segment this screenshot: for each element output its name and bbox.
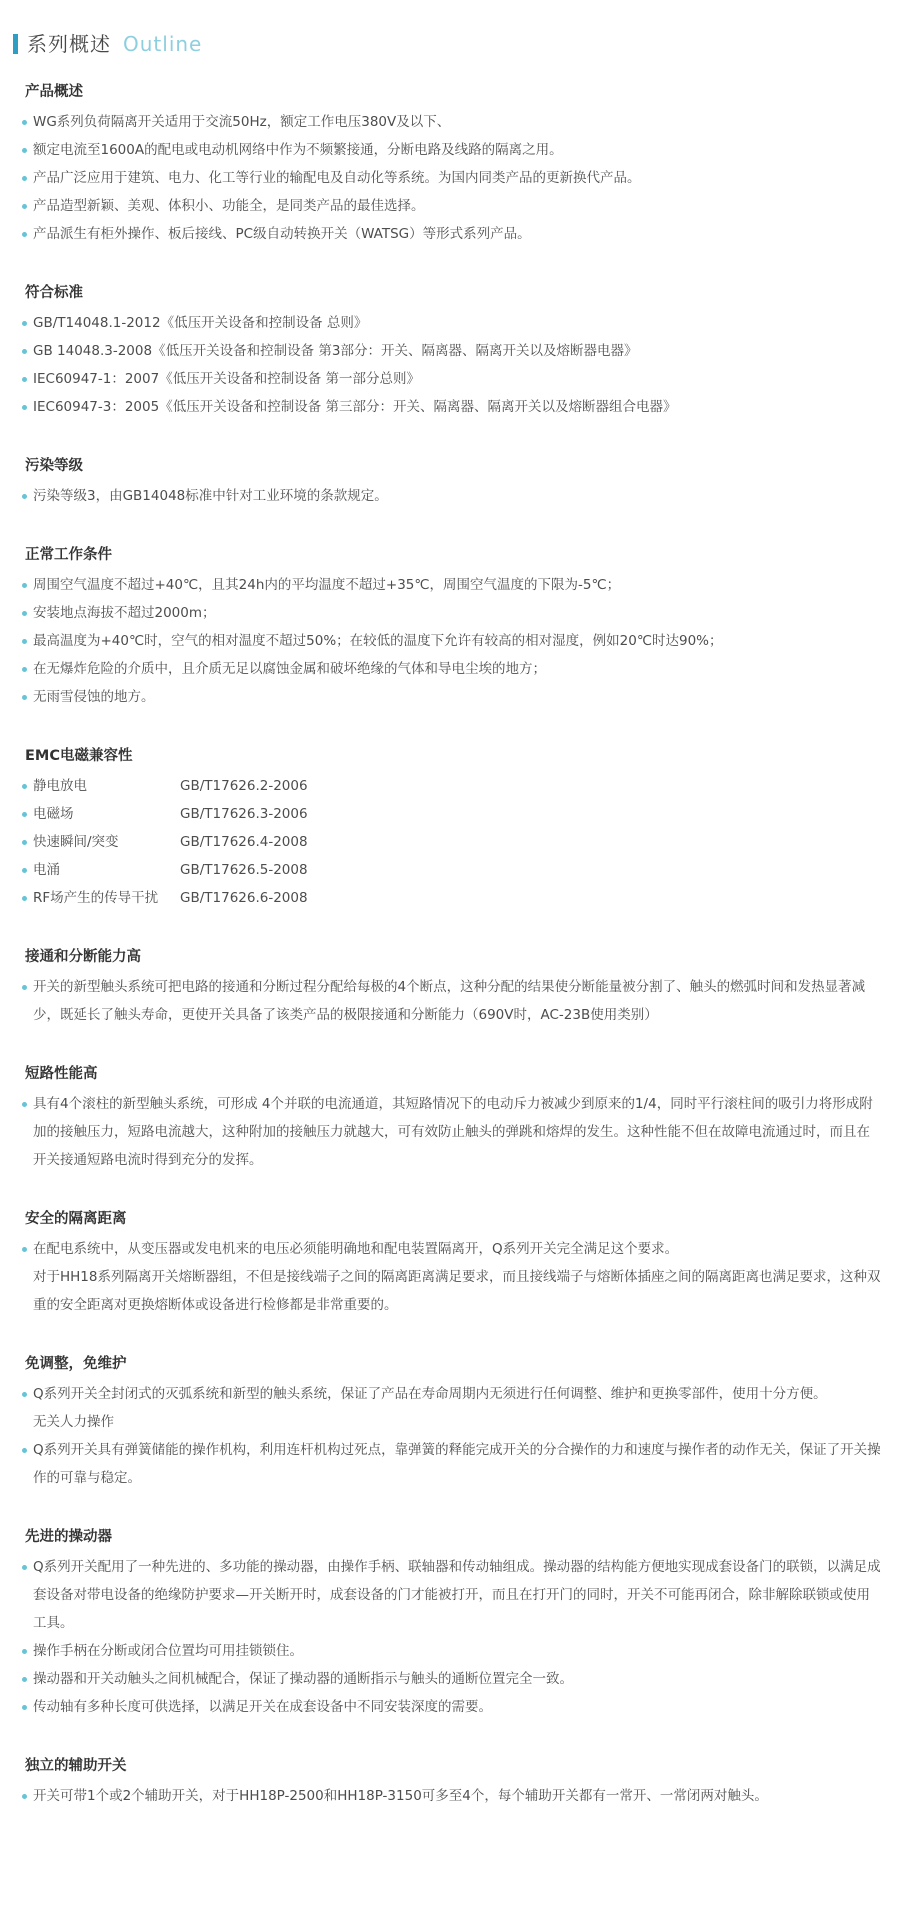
bullet-icon <box>22 232 27 237</box>
bullet-icon <box>22 1247 27 1252</box>
emc-row: 快速瞬间/突变GB/T17626.4-2008 <box>22 828 882 856</box>
bullet-text: 在配电系统中，从变压器或发电机来的电压必须能明确地和配电装置隔离开，Q系列开关完… <box>33 1241 678 1257</box>
bullet-icon <box>22 1794 27 1799</box>
bullet-line: 额定电流至1600A的配电或电动机网络中作为不频繁接通，分断电路及线路的隔离之用… <box>22 136 882 164</box>
bullet-text: 开关的新型触头系统可把电路的接通和分断过程分配给每极的4个断点，这种分配的结果使… <box>33 979 865 1023</box>
bullet-text: 开关可带1个或2个辅助开关，对于HH18P-2500和HH18P-3150可多至… <box>33 1788 768 1804</box>
bullet-icon <box>22 1448 27 1453</box>
section-heading: 正常工作条件 <box>25 541 882 569</box>
bullet-line: Q系列开关全封闭式的灭弧系统和新型的触头系统，保证了产品在寿命周期内无须进行任何… <box>22 1380 882 1408</box>
bullet-icon <box>22 148 27 153</box>
emc-row: 电涌GB/T17626.5-2008 <box>22 856 882 884</box>
bullet-line: 安装地点海拔不超过2000m； <box>22 599 882 627</box>
bullet-line: 操作手柄在分断或闭合位置均可用挂锁锁住。 <box>22 1637 882 1665</box>
bullet-icon <box>22 784 27 789</box>
bullet-line: 具有4个滚柱的新型触头系统，可形成 4个并联的电流通道，其短路情况下的电动斥力被… <box>22 1090 882 1174</box>
plain-text: 无关人力操作 <box>33 1414 114 1430</box>
section-heading: 符合标准 <box>25 279 882 307</box>
bullet-icon <box>22 494 27 499</box>
bullet-icon <box>22 176 27 181</box>
header-accent-bar-icon <box>13 34 18 54</box>
bullet-icon <box>22 204 27 209</box>
bullet-text: 产品派生有柜外操作、板后接线、PC级自动转换开关（WATSG）等形式系列产品。 <box>33 226 531 242</box>
bullet-icon <box>22 695 27 700</box>
section-3: 污染等级污染等级3，由GB14048标准中针对工业环境的条款规定。 <box>22 452 882 510</box>
section-heading: 免调整，免维护 <box>25 1350 882 1378</box>
section-heading: 先进的操动器 <box>25 1523 882 1551</box>
bullet-line: GB 14048.3-2008《低压开关设备和控制设备 第3部分：开关、隔离器、… <box>22 337 882 365</box>
section-2: 符合标准GB/T14048.1-2012《低压开关设备和控制设备 总则》GB 1… <box>22 279 882 421</box>
bullet-line: 操动器和开关动触头之间机械配合，保证了操动器的通断指示与触头的通断位置完全一致。 <box>22 1665 882 1693</box>
bullet-text: 周围空气温度不超过+40℃，且其24h内的平均温度不超过+35℃，周围空气温度的… <box>33 577 620 593</box>
bullet-line: Q系列开关具有弹簧储能的操作机构，利用连杆机构过死点，靠弹簧的释能完成开关的分合… <box>22 1436 882 1492</box>
section-heading: 接通和分断能力高 <box>25 943 882 971</box>
section-7: 短路性能高具有4个滚柱的新型触头系统，可形成 4个并联的电流通道，其短路情况下的… <box>22 1060 882 1174</box>
section-heading: 安全的隔离距离 <box>25 1205 882 1233</box>
bullet-icon <box>22 840 27 845</box>
bullet-line: WG系列负荷隔离开关适用于交流50Hz，额定工作电压380V及以下、 <box>22 108 882 136</box>
plain-line: 无关人力操作 <box>22 1408 882 1436</box>
bullet-icon <box>22 349 27 354</box>
bullet-line: 产品派生有柜外操作、板后接线、PC级自动转换开关（WATSG）等形式系列产品。 <box>22 220 882 248</box>
bullet-text: Q系列开关全封闭式的灭弧系统和新型的触头系统，保证了产品在寿命周期内无须进行任何… <box>33 1386 827 1402</box>
emc-row: RF场产生的传导干扰GB/T17626.6-2008 <box>22 884 882 912</box>
emc-row-label: 快速瞬间/突变 <box>33 828 180 856</box>
bullet-icon <box>22 1102 27 1107</box>
section-10: 先进的操动器Q系列开关配用了一种先进的、多功能的操动器，由操作手柄、联轴器和传动… <box>22 1523 882 1721</box>
bullet-line: 周围空气温度不超过+40℃，且其24h内的平均温度不超过+35℃，周围空气温度的… <box>22 571 882 599</box>
bullet-text: 操动器和开关动触头之间机械配合，保证了操动器的通断指示与触头的通断位置完全一致。 <box>33 1671 573 1687</box>
page-title: 系列概述 <box>27 32 111 56</box>
section-4: 正常工作条件周围空气温度不超过+40℃，且其24h内的平均温度不超过+35℃，周… <box>22 541 882 711</box>
bullet-line: 在配电系统中，从变压器或发电机来的电压必须能明确地和配电装置隔离开，Q系列开关完… <box>22 1235 882 1263</box>
bullet-line: 污染等级3，由GB14048标准中针对工业环境的条款规定。 <box>22 482 882 510</box>
bullet-line: 无雨雪侵蚀的地方。 <box>22 683 882 711</box>
bullet-icon <box>22 639 27 644</box>
section-5: EMC电磁兼容性静电放电GB/T17626.2-2006电磁场GB/T17626… <box>22 742 882 912</box>
section-11: 独立的辅助开关开关可带1个或2个辅助开关，对于HH18P-2500和HH18P-… <box>22 1752 882 1810</box>
bullet-line: IEC60947-1：2007《低压开关设备和控制设备 第一部分总则》 <box>22 365 882 393</box>
bullet-icon <box>22 405 27 410</box>
bullet-icon <box>22 377 27 382</box>
bullet-text: 产品造型新颖、美观、体积小、功能全，是同类产品的最佳选择。 <box>33 198 425 214</box>
bullet-line: 传动轴有多种长度可供选择，以满足开关在成套设备中不同安装深度的需要。 <box>22 1693 882 1721</box>
bullet-text: 安装地点海拔不超过2000m； <box>33 605 216 621</box>
bullet-icon <box>22 868 27 873</box>
bullet-icon <box>22 1705 27 1710</box>
plain-text: 对于HH18系列隔离开关熔断器组，不但是接线端子之间的隔离距离满足要求，而且接线… <box>33 1269 880 1313</box>
section-heading: EMC电磁兼容性 <box>25 742 882 770</box>
page: 系列概述 Outline 产品概述WG系列负荷隔离开关适用于交流50Hz，额定工… <box>0 0 900 1906</box>
emc-row-value: GB/T17626.5-2008 <box>180 856 308 884</box>
bullet-icon <box>22 321 27 326</box>
emc-row: 电磁场GB/T17626.3-2006 <box>22 800 882 828</box>
bullet-line: GB/T14048.1-2012《低压开关设备和控制设备 总则》 <box>22 309 882 337</box>
bullet-text: 在无爆炸危险的介质中，且介质无足以腐蚀金属和破坏绝缘的气体和导电尘埃的地方； <box>33 661 546 677</box>
bullet-icon <box>22 120 27 125</box>
bullet-text: Q系列开关具有弹簧储能的操作机构，利用连杆机构过死点，靠弹簧的释能完成开关的分合… <box>33 1442 881 1486</box>
page-header: 系列概述 Outline <box>0 0 900 56</box>
bullet-icon <box>22 667 27 672</box>
bullet-icon <box>22 1649 27 1654</box>
sections: 产品概述WG系列负荷隔离开关适用于交流50Hz，额定工作电压380V及以下、额定… <box>0 78 900 1810</box>
section-9: 免调整，免维护Q系列开关全封闭式的灭弧系统和新型的触头系统，保证了产品在寿命周期… <box>22 1350 882 1492</box>
section-6: 接通和分断能力高开关的新型触头系统可把电路的接通和分断过程分配给每极的4个断点，… <box>22 943 882 1029</box>
bullet-text: IEC60947-3：2005《低压开关设备和控制设备 第三部分：开关、隔离器、… <box>33 399 677 415</box>
bullet-icon <box>22 985 27 990</box>
bullet-text: 传动轴有多种长度可供选择，以满足开关在成套设备中不同安装深度的需要。 <box>33 1699 492 1715</box>
bullet-text: GB 14048.3-2008《低压开关设备和控制设备 第3部分：开关、隔离器、… <box>33 343 637 359</box>
bullet-icon <box>22 583 27 588</box>
emc-row-label: 静电放电 <box>33 772 180 800</box>
emc-row-value: GB/T17626.3-2006 <box>180 800 308 828</box>
bullet-text: GB/T14048.1-2012《低压开关设备和控制设备 总则》 <box>33 315 367 331</box>
bullet-text: 操作手柄在分断或闭合位置均可用挂锁锁住。 <box>33 1643 303 1659</box>
emc-row-value: GB/T17626.6-2008 <box>180 884 308 912</box>
section-8: 安全的隔离距离在配电系统中，从变压器或发电机来的电压必须能明确地和配电装置隔离开… <box>22 1205 882 1319</box>
plain-line: 对于HH18系列隔离开关熔断器组，不但是接线端子之间的隔离距离满足要求，而且接线… <box>22 1263 882 1319</box>
bullet-line: 开关的新型触头系统可把电路的接通和分断过程分配给每极的4个断点，这种分配的结果使… <box>22 973 882 1029</box>
section-heading: 独立的辅助开关 <box>25 1752 882 1780</box>
bullet-icon <box>22 611 27 616</box>
bullet-icon <box>22 812 27 817</box>
section-heading: 产品概述 <box>25 78 882 106</box>
emc-row-value: GB/T17626.2-2006 <box>180 772 308 800</box>
bullet-text: 污染等级3，由GB14048标准中针对工业环境的条款规定。 <box>33 488 388 504</box>
bullet-text: 最高温度为+40℃时，空气的相对温度不超过50%；在较低的温度下允许有较高的相对… <box>33 633 723 649</box>
bullet-line: 在无爆炸危险的介质中，且介质无足以腐蚀金属和破坏绝缘的气体和导电尘埃的地方； <box>22 655 882 683</box>
bullet-icon <box>22 1392 27 1397</box>
emc-row-label: 电磁场 <box>33 800 180 828</box>
bullet-text: 额定电流至1600A的配电或电动机网络中作为不频繁接通，分断电路及线路的隔离之用… <box>33 142 563 158</box>
section-1: 产品概述WG系列负荷隔离开关适用于交流50Hz，额定工作电压380V及以下、额定… <box>22 78 882 248</box>
bullet-text: 无雨雪侵蚀的地方。 <box>33 689 155 705</box>
bullet-text: Q系列开关配用了一种先进的、多功能的操动器，由操作手柄、联轴器和传动轴组成。操动… <box>33 1559 881 1631</box>
bullet-line: 产品广泛应用于建筑、电力、化工等行业的输配电及自动化等系统。为国内同类产品的更新… <box>22 164 882 192</box>
page-title-en: Outline <box>123 32 202 56</box>
bullet-line: Q系列开关配用了一种先进的、多功能的操动器，由操作手柄、联轴器和传动轴组成。操动… <box>22 1553 882 1637</box>
emc-row-label: 电涌 <box>33 856 180 884</box>
emc-row-label: RF场产生的传导干扰 <box>33 884 180 912</box>
bullet-line: IEC60947-3：2005《低压开关设备和控制设备 第三部分：开关、隔离器、… <box>22 393 882 421</box>
bullet-icon <box>22 896 27 901</box>
bullet-text: WG系列负荷隔离开关适用于交流50Hz，额定工作电压380V及以下、 <box>33 114 450 130</box>
emc-row: 静电放电GB/T17626.2-2006 <box>22 772 882 800</box>
bullet-icon <box>22 1677 27 1682</box>
bullet-text: 产品广泛应用于建筑、电力、化工等行业的输配电及自动化等系统。为国内同类产品的更新… <box>33 170 641 186</box>
bullet-text: 具有4个滚柱的新型触头系统，可形成 4个并联的电流通道，其短路情况下的电动斥力被… <box>33 1096 873 1168</box>
bullet-icon <box>22 1565 27 1570</box>
emc-row-value: GB/T17626.4-2008 <box>180 828 308 856</box>
bullet-text: IEC60947-1：2007《低压开关设备和控制设备 第一部分总则》 <box>33 371 420 387</box>
section-heading: 污染等级 <box>25 452 882 480</box>
section-heading: 短路性能高 <box>25 1060 882 1088</box>
bullet-line: 最高温度为+40℃时，空气的相对温度不超过50%；在较低的温度下允许有较高的相对… <box>22 627 882 655</box>
bullet-line: 产品造型新颖、美观、体积小、功能全，是同类产品的最佳选择。 <box>22 192 882 220</box>
bullet-line: 开关可带1个或2个辅助开关，对于HH18P-2500和HH18P-3150可多至… <box>22 1782 882 1810</box>
